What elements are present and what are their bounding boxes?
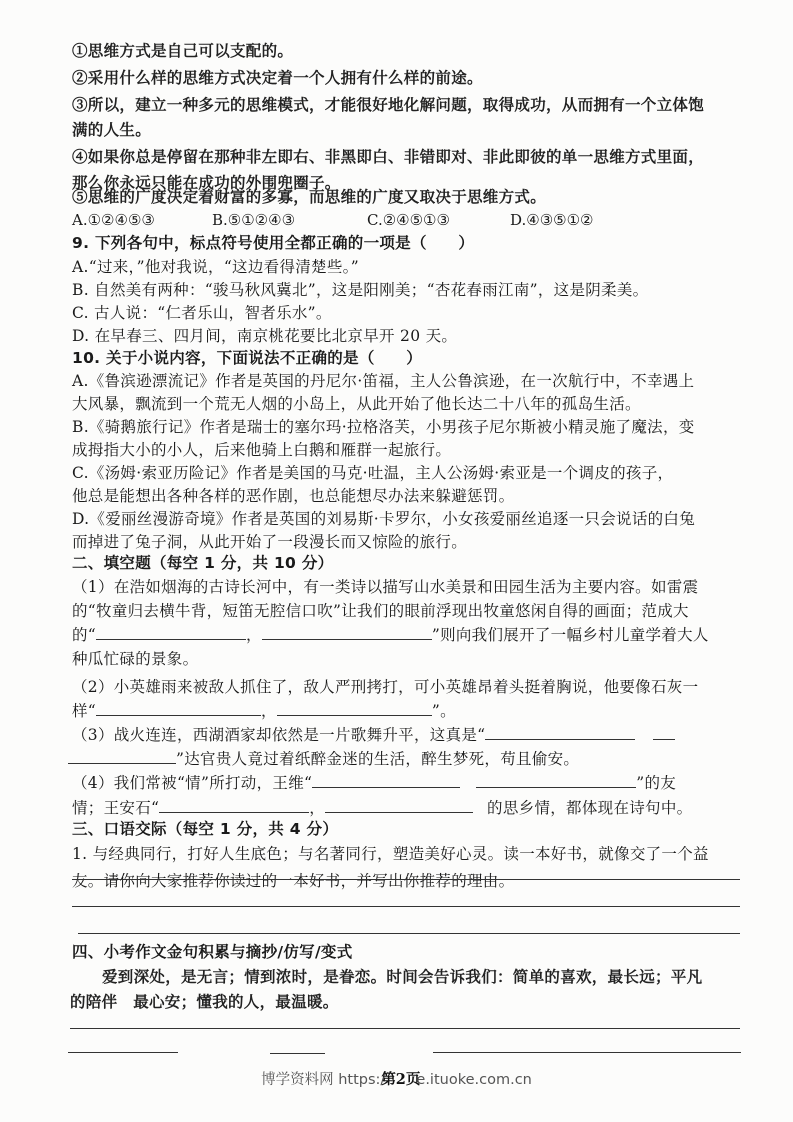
s2-p1-line3: 的“，”则向我们展开了一幅乡村儿童学着大人 bbox=[72, 624, 742, 646]
blank-7[interactable] bbox=[312, 773, 460, 788]
blank-5-cont[interactable] bbox=[653, 725, 675, 740]
answer-line-1[interactable] bbox=[72, 879, 740, 880]
q8-statement-2: ②采用什么样的思维方式决定着一个人拥有什么样的前途。 bbox=[72, 67, 742, 89]
q10-option-a[interactable]: A.《鲁滨逊漂流记》作者是英国的丹尼尔·笛福，主人公鲁滨逊，在一次航行中，不幸遇… bbox=[72, 370, 742, 392]
q10-option-b-cont: 成拇指大小的小人，后来他骑上白鹅和雁群一起旅行。 bbox=[72, 439, 742, 461]
blank-10[interactable] bbox=[325, 798, 473, 813]
writing-line-1[interactable] bbox=[70, 1028, 740, 1029]
page-number: 第2页 bbox=[381, 1071, 420, 1088]
s3-question-line1: 1. 与经典同行，打好人生底色；与名著同行，塑造美好心灵。读一本好书，就像交了一… bbox=[72, 843, 742, 865]
q10-option-b[interactable]: B.《骑鹅旅行记》作者是瑞士的塞尔玛·拉格洛芙，小男孩子尼尔斯被小精灵施了魔法，… bbox=[72, 416, 742, 438]
text: ”的友 bbox=[636, 774, 676, 792]
answer-line-3[interactable] bbox=[78, 933, 740, 934]
s2-p2-line1: （2）小英雄雨来被敌人抓住了，敌人严刑拷打，可小英雄昂着头挺着胸说，他要像石灰一 bbox=[72, 676, 742, 698]
s2-p3-line2: ”达官贵人竟过着纸醉金迷的生活，醉生梦死，苟且偷安。 bbox=[68, 748, 738, 770]
q8-statement-3: ③所以，建立一种多元的思维模式，才能很好地化解问题，取得成功，从而拥有一个立体饱 bbox=[72, 94, 742, 116]
q9-option-b[interactable]: B. 自然美有两种：“骏马秋风冀北”，这是阳刚美；“杏花春雨江南”，这是阴柔美。 bbox=[72, 279, 742, 301]
exam-page: ①思维方式是自己可以支配的。 ②采用什么样的思维方式决定着一个人拥有什么样的前途… bbox=[0, 0, 793, 1122]
q8-statement-1: ①思维方式是自己可以支配的。 bbox=[72, 40, 742, 62]
q10-title: 10. 关于小说内容，下面说法不正确的是（ ） bbox=[72, 347, 742, 369]
blank-1[interactable] bbox=[96, 625, 246, 640]
s2-p1-line2: 的“牧童归去横牛背，短笛无腔信口吹”让我们的眼前浮现出牧童悠闲自得的画面；范成大 bbox=[72, 600, 742, 622]
blank-4[interactable] bbox=[277, 701, 432, 716]
q8-statement-3-cont: 满的人生。 bbox=[72, 119, 742, 141]
watermark-left: 博学资料网 https:/ bbox=[261, 1072, 385, 1088]
answer-line-2[interactable] bbox=[72, 906, 740, 907]
q10-option-d[interactable]: D.《爱丽丝漫游奇境》作者是英国的刘易斯·卡罗尔，小女孩爱丽丝追逐一只会说话的白… bbox=[72, 508, 742, 530]
q8-option-b[interactable]: B.⑤①②④③ bbox=[212, 209, 295, 231]
s2-p3-line1: （3）战火连连，西湖酒家却依然是一片歌舞升平，这真是“ bbox=[72, 724, 742, 746]
s4-quote-line1: 爱到深处，是无言；情到浓时，是眷恋。时间会告诉我们：简单的喜欢，最长远；平凡 bbox=[72, 966, 772, 988]
text: ， bbox=[246, 626, 262, 644]
writing-line-2a[interactable] bbox=[68, 1052, 178, 1053]
blank-2[interactable] bbox=[262, 625, 432, 640]
text: ， bbox=[261, 702, 277, 720]
q10-option-a-cont: 大风暴，飘流到一个荒无人烟的小岛上，从此开始了他长达二十八年的孤岛生活。 bbox=[72, 393, 742, 415]
s2-p4-line2: 情；王安石“，的思乡情，都体现在诗句中。 bbox=[72, 797, 742, 819]
q8-option-c[interactable]: C.②④⑤①③ bbox=[367, 209, 450, 231]
s3-question-line2: 友。请你向大家推荐你读过的一本好书，并写出你推荐的理由。 bbox=[72, 870, 742, 892]
blank-6[interactable] bbox=[68, 749, 176, 764]
s2-p1-line1: （1）在浩如烟海的古诗长河中，有一类诗以描写山水美景和田园生活为主要内容。如雷震 bbox=[72, 576, 742, 598]
s4-quote-line2: 的陪伴 最心安；懂我的人，最温暖。 bbox=[70, 991, 740, 1013]
writing-line-2c[interactable] bbox=[433, 1052, 741, 1053]
text: ， bbox=[309, 799, 325, 817]
section-4-title: 四、小考作文金句积累与摘抄/仿写/变式 bbox=[72, 941, 742, 963]
q10-option-d-cont: 而掉进了兔子洞，从此开始了一段漫长而又惊险的旅行。 bbox=[72, 531, 742, 553]
blank-9[interactable] bbox=[159, 798, 309, 813]
q9-option-d[interactable]: D. 在早春三、四月间，南京桃花要比北京早开 20 天。 bbox=[72, 325, 742, 347]
text: 的思乡情，都体现在诗句中。 bbox=[487, 799, 692, 817]
text: （4）我们常被“情”所打动，王维“ bbox=[72, 774, 312, 792]
writing-line-2b[interactable] bbox=[270, 1053, 325, 1054]
q8-option-a[interactable]: A.①②④⑤③ bbox=[72, 209, 155, 231]
text: （3）战火连连，西湖酒家却依然是一片歌舞升平，这真是“ bbox=[72, 726, 485, 744]
blank-3[interactable] bbox=[96, 701, 261, 716]
q9-title: 9. 下列各句中，标点符号使用全都正确的一项是（ ） bbox=[72, 232, 742, 254]
q8-statement-5: ⑤思维的广度决定着财富的多寡，而思维的广度又取决于思维方式。 bbox=[72, 186, 742, 208]
s2-p2-line2: 样“，”。 bbox=[72, 700, 742, 722]
q9-option-a[interactable]: A.“过来，”他对我说，“这边看得清楚些。” bbox=[72, 256, 742, 278]
watermark-right: e.ituoke.com.cn bbox=[416, 1072, 531, 1088]
text: ”则向我们展开了一幅乡村儿童学着大人 bbox=[432, 626, 709, 644]
s2-p4-line1: （4）我们常被“情”所打动，王维“”的友 bbox=[72, 772, 742, 794]
blank-5[interactable] bbox=[485, 725, 635, 740]
q10-option-c-cont: 他总是能想出各种各样的恶作剧，也总能想尽办法来躲避惩罚。 bbox=[72, 485, 742, 507]
s2-p1-line4: 种瓜忙碌的景象。 bbox=[72, 648, 742, 670]
text: ”达官贵人竟过着纸醉金迷的生活，醉生梦死，苟且偷安。 bbox=[176, 750, 579, 768]
section-3-title: 三、口语交际（每空 1 分，共 4 分） bbox=[72, 818, 742, 840]
text: 样“ bbox=[72, 702, 96, 720]
q10-option-c[interactable]: C.《汤姆·索亚历险记》作者是美国的马克·吐温，主人公汤姆·索亚是一个调皮的孩子… bbox=[72, 462, 742, 484]
text: 的“ bbox=[72, 626, 96, 644]
q8-statement-4: ④如果你总是停留在那种非左即右、非黑即白、非错即对、非此即彼的单一思维方式里面， bbox=[72, 146, 742, 168]
section-2-title: 二、填空题（每空 1 分，共 10 分） bbox=[72, 552, 742, 574]
blank-8[interactable] bbox=[476, 773, 636, 788]
q8-option-d[interactable]: D.④③⑤①② bbox=[510, 209, 594, 231]
page-footer: 博学资料网 https:/第2页e.ituoke.com.cn bbox=[0, 1068, 793, 1089]
text: 情；王安石“ bbox=[72, 799, 159, 817]
q9-option-c[interactable]: C. 古人说：“仁者乐山，智者乐水”。 bbox=[72, 302, 742, 324]
text: ”。 bbox=[432, 702, 456, 720]
